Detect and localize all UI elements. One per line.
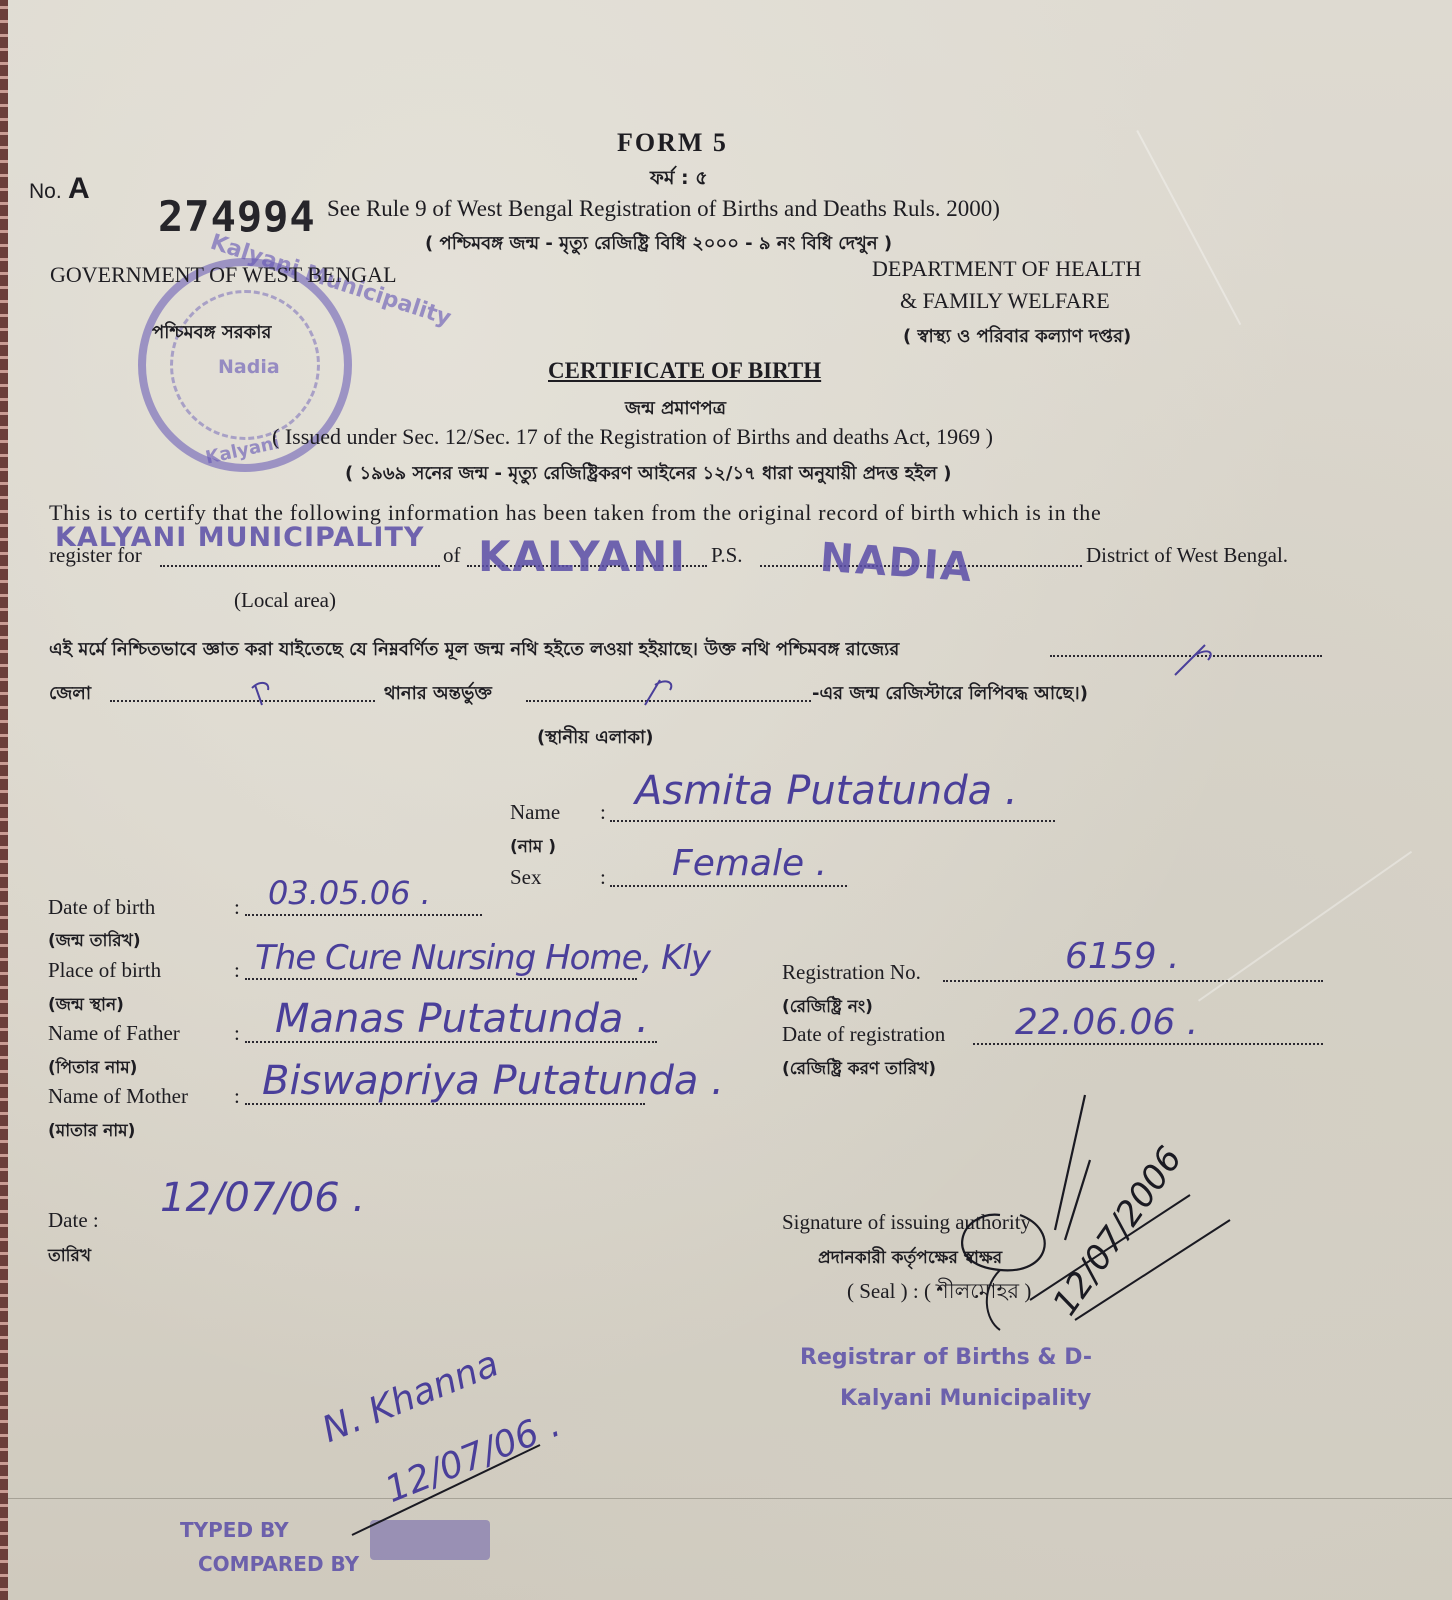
issue-date-label: Date : xyxy=(48,1208,99,1233)
department-heading-line2: & FAMILY WELFARE xyxy=(900,288,1110,314)
rule-reference: See Rule 9 of West Bengal Registration o… xyxy=(327,196,1000,222)
government-heading-bn: পশ্চিমবঙ্গ সরকার xyxy=(152,318,271,349)
department-heading-bn: ( স্বাস্থ্য ও পরিবার কল্যাণ দপ্তর) xyxy=(903,322,1131,353)
local-area-label: (Local area) xyxy=(234,588,336,613)
registration-date-label-bn: (রেজিষ্ট্রি করণ তারিখ) xyxy=(782,1056,936,1084)
father-name-value: Manas Putatunda . xyxy=(275,996,649,1042)
register-for-stamp: KALYANI MUNICIPALITY xyxy=(55,522,424,553)
ps-label: P.S. xyxy=(711,543,743,568)
registration-no-label: Registration No. xyxy=(782,960,921,985)
paper-crease xyxy=(1136,130,1241,325)
department-heading-line1: DEPARTMENT OF HEALTH xyxy=(872,256,1141,282)
registration-no-value: 6159 . xyxy=(1065,936,1180,977)
issue-date-label-bn: তারিখ xyxy=(48,1243,91,1271)
registration-date-value: 22.06.06 . xyxy=(1015,1002,1198,1043)
typed-by-stamp: TYPED BY xyxy=(180,1518,289,1542)
registrar-stamp-line1: Registrar of Births & D- xyxy=(800,1345,1092,1370)
father-name-label: Name of Father xyxy=(48,1021,180,1046)
mother-name-label-bn: (মাতার নাম) xyxy=(48,1118,135,1146)
issuing-authority-signature xyxy=(940,1090,1240,1350)
name-colon: : xyxy=(600,800,606,825)
father-name-label-bn: (পিতার নাম) xyxy=(48,1055,137,1083)
certificate-title: CERTIFICATE OF BIRTH xyxy=(548,358,821,384)
dob-label: Date of birth xyxy=(48,895,155,920)
name-label-bn: (নাম ) xyxy=(510,834,556,862)
rule-reference-bn: ( পশ্চিমবঙ্গ জন্ম - মৃত্যু রেজিষ্ট্রি বি… xyxy=(425,229,892,260)
place-of-birth-value: The Cure Nursing Home, Kly xyxy=(255,938,710,978)
clerk-underline xyxy=(350,1440,550,1540)
form-title: FORM 5 xyxy=(617,128,728,158)
name-value: Asmita Putatunda . xyxy=(635,768,1018,814)
certificate-title-bn: জন্ম প্রমাণপত্র xyxy=(625,394,726,425)
government-heading: GOVERNMENT OF WEST BENGAL xyxy=(50,262,397,288)
of-stamp: KALYANI xyxy=(478,532,687,581)
number-label: No. xyxy=(29,180,62,204)
issued-under-text-bn: ( ১৯৬৯ সনের জন্ম - মৃত্যু রেজিষ্ট্রিকরণ … xyxy=(345,459,951,490)
register-for-field xyxy=(160,565,440,567)
mother-name-label: Name of Mother xyxy=(48,1084,188,1109)
dob-colon: : xyxy=(234,895,240,920)
issue-date-value: 12/07/06 . xyxy=(160,1175,365,1221)
place-of-birth-label: Place of birth xyxy=(48,958,161,983)
registration-date-label: Date of registration xyxy=(782,1022,945,1047)
place-of-birth-colon: : xyxy=(234,958,240,983)
district-label-bn: জেলা xyxy=(49,679,91,710)
sex-value: Female . xyxy=(672,843,827,884)
dob-label-bn: (জন্ম তারিখ) xyxy=(48,928,141,956)
registrar-stamp-line2: Kalyani Municipality xyxy=(840,1386,1091,1411)
form-title-bn: ফর্ম : ৫ xyxy=(650,164,708,196)
compared-by-stamp: COMPARED BY xyxy=(198,1552,359,1576)
father-name-colon: : xyxy=(234,1021,240,1046)
dob-field xyxy=(245,914,482,916)
fold-line xyxy=(8,1498,1452,1499)
dob-value: 03.05.06 . xyxy=(268,874,431,912)
number-series: A xyxy=(68,172,90,206)
place-of-birth-field xyxy=(245,978,637,980)
sex-colon: : xyxy=(600,865,606,890)
cancel-strokes xyxy=(240,640,1240,730)
place-of-birth-label-bn: (জন্ম স্থান) xyxy=(48,992,124,1020)
issued-under-text: ( Issued under Sec. 12/Sec. 17 of the Re… xyxy=(272,424,993,450)
mother-name-value: Biswapriya Putatunda . xyxy=(262,1058,724,1104)
registration-no-label-bn: (রেজিষ্ট্রি নং) xyxy=(782,994,873,1022)
serial-number: 274994 xyxy=(158,192,316,241)
perforated-edge xyxy=(0,0,8,1600)
of-label: of xyxy=(443,543,461,568)
name-field xyxy=(610,820,1055,822)
name-label: Name xyxy=(510,800,560,825)
district-label: District of West Bengal. xyxy=(1086,543,1288,568)
seal-center-text: Nadia xyxy=(218,356,280,378)
sex-field xyxy=(610,885,847,887)
sex-label: Sex xyxy=(510,865,542,890)
registration-no-field xyxy=(943,980,1323,982)
registration-date-field xyxy=(973,1043,1323,1045)
mother-name-colon: : xyxy=(234,1084,240,1109)
